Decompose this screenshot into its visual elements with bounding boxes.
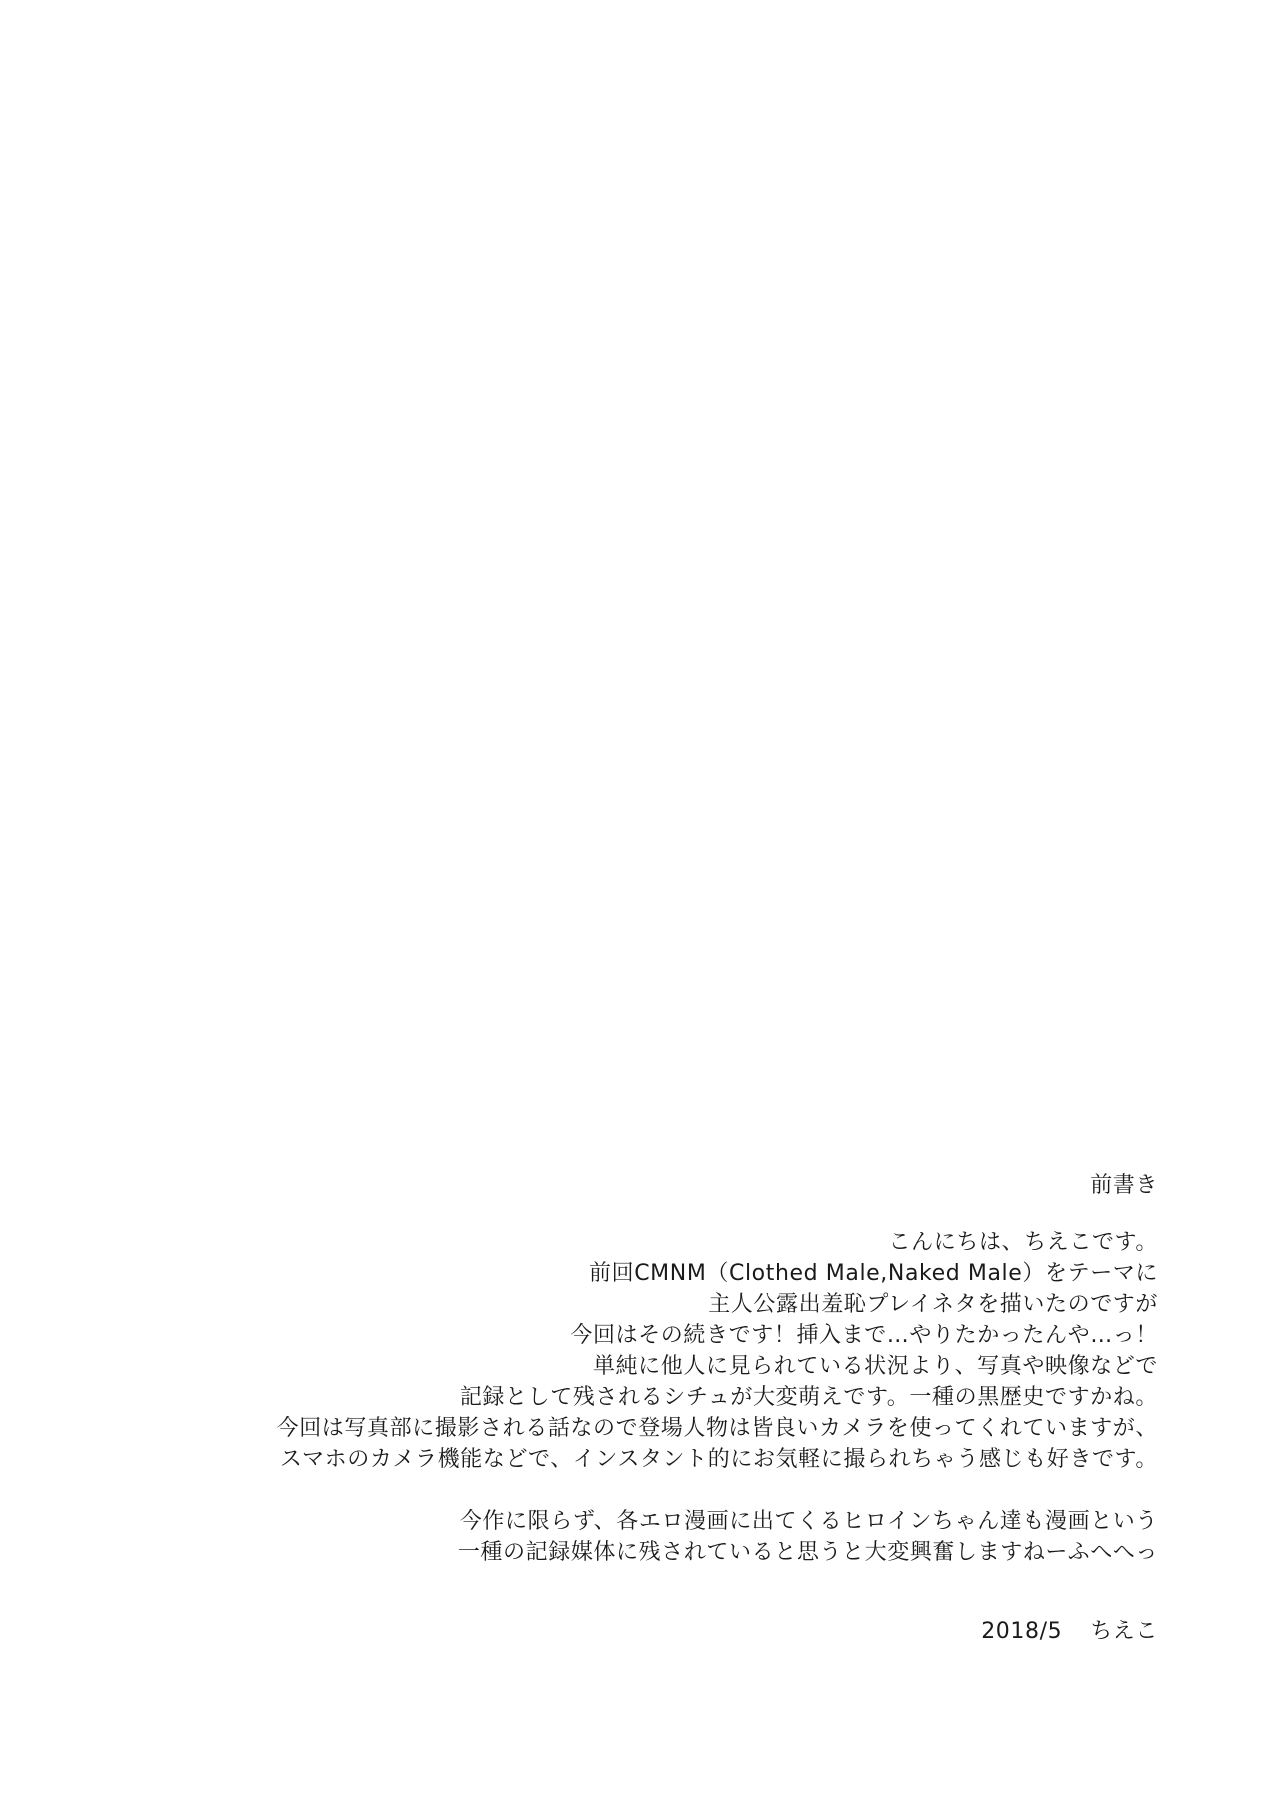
paragraph-1-line-8: スマホのカメラ機能などで、インスタント的にお気軽に撮られちゃう感じも好きです。 xyxy=(158,1444,1158,1475)
foreword-title: 前書き xyxy=(158,1170,1158,1201)
paragraph-1-line-7: 今回は写真部に撮影される話なので登場人物は皆良いカメラを使ってくれていますが、 xyxy=(158,1413,1158,1444)
paragraph-2-line-2: 一種の記録媒体に残されていると思うと大変興奮しますねーふへへっ xyxy=(158,1537,1158,1568)
paragraph-spacer xyxy=(158,1475,1158,1506)
paragraph-1-line-6: 記録として残されるシチュが大変萌えです。一種の黒歴史ですかね。 xyxy=(158,1382,1158,1413)
signature-date: 2018/5 xyxy=(981,1619,1062,1644)
foreword-text-block: 前書き こんにちは、ちえこです。 前回CMNM（Clothed Male,Nak… xyxy=(158,1170,1158,1647)
paragraph-1-line-3: 主人公露出羞恥プレイネタを描いたのですが xyxy=(158,1289,1158,1320)
paragraph-2-line-1: 今作に限らず、各エロ漫画に出てくるヒロインちゃん達も漫画という xyxy=(158,1506,1158,1537)
paragraph-1-line-4: 今回はその続きです！挿入まで…やりたかったんや…っ！ xyxy=(158,1320,1158,1351)
paragraph-1-line-5: 単純に他人に見られている状況より、写真や映像などで xyxy=(158,1351,1158,1382)
paragraph-1-line-1: こんにちは、ちえこです。 xyxy=(158,1227,1158,1258)
signature-author: ちえこ xyxy=(1090,1619,1158,1644)
signature: 2018/5ちえこ xyxy=(158,1616,1158,1647)
paragraph-1-line-2: 前回CMNM（Clothed Male,Naked Male）をテーマに xyxy=(158,1258,1158,1289)
page: 前書き こんにちは、ちえこです。 前回CMNM（Clothed Male,Nak… xyxy=(0,0,1280,1808)
